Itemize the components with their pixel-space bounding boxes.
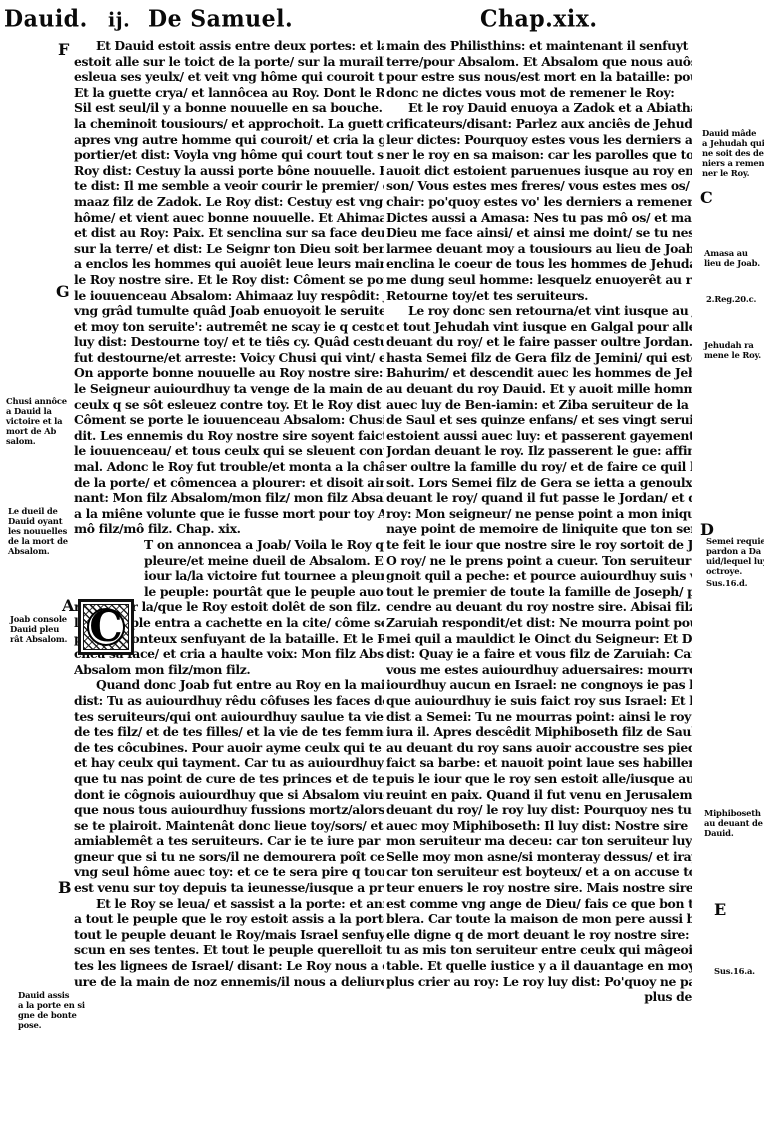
text-line: sur la terre/ et dist: Le Seignr ton Die…: [74, 241, 384, 257]
text-line: O roy/ ne le prens point a cueur. Ton se…: [386, 553, 692, 569]
text-line: au deuant du roy Dauid. Et y auoit mille…: [386, 381, 692, 397]
text-line: dont ie côgnois auiourdhuy que si Absalo…: [74, 787, 384, 803]
text-line: pleure/et meine dueil de Absalom. En ce: [74, 553, 384, 569]
text-line: de tes filz/ et de tes filles/ et la vie…: [74, 724, 384, 740]
text-line: pour estre sus nous/est mort en la batai…: [386, 69, 692, 85]
text-line: et hay ceulx qui tayment. Car tu as auio…: [74, 755, 384, 771]
section-letter-g: G: [56, 282, 70, 301]
running-head-left: Dauid.: [4, 5, 88, 32]
text-line: dist a Semei: Tu ne mourras point: ainsi…: [386, 709, 692, 725]
text-line: leur dictes: Pourquoy estes vous les der…: [386, 132, 692, 148]
text-line: Et le Roy se leua/ et sassist a la porte…: [74, 896, 384, 912]
text-line: Et Dauid estoit assis entre deux portes:…: [74, 38, 384, 54]
text-line: vng grâd tumulte quâd Joab enuoyoit le s…: [74, 303, 384, 319]
text-line: iourdhuy aucun en Israel: ne congnoys ie…: [386, 677, 692, 693]
text-line: Absalom mon filz/mon filz.: [74, 662, 384, 678]
text-line: auoit dict estoient paruenues iusque au …: [386, 163, 692, 179]
text-line: au deuant du roy sans auoir accoustre se…: [386, 740, 692, 756]
text-line: dist: Tu as auiourdhuy rêdu côfuses les …: [74, 693, 384, 709]
text-line: a enclos les hommes qui auoiêt leue leur…: [74, 256, 384, 272]
text-line: le Seigneur auiourdhuy ta venge de la ma…: [74, 381, 384, 397]
text-line: Jordan deuant le roy. Ilz passerent le g…: [386, 443, 692, 459]
text-line: dist: Quay ie a faire et vous filz de Za…: [386, 646, 692, 662]
text-line: et dist au Roy: Paix. Et senclina sur sa…: [74, 225, 384, 241]
text-line: Retourne toy/et tes seruiteurs.: [386, 288, 692, 304]
text-line: plus crier au roy: Le roy luy dist: Po'q…: [386, 974, 692, 990]
text-line: a la miêne volunte que ie fusse mort pou…: [74, 506, 384, 522]
text-line: faict sa barbe: et nauoit point laue ses…: [386, 755, 692, 771]
chapter-heading: Chap.xix.: [480, 5, 598, 32]
text-line: portier/et dist: Voyla vng hôme qui cour…: [74, 147, 384, 163]
initial-ornament-border: C: [83, 604, 129, 650]
text-line: blera. Car toute la maison de mon pere a…: [386, 911, 692, 927]
text-line: est comme vng ange de Dieu/ fais ce que …: [386, 896, 692, 912]
text-line: te feit le iour que nostre sire le roy s…: [386, 537, 692, 553]
margin-note-amasa: Amasa au lieu de Joab.: [704, 248, 760, 268]
text-line: fut destourne/et arreste: Voicy Chusi qu…: [74, 350, 384, 366]
text-line: ner le roy en sa maison: car les parolle…: [386, 147, 692, 163]
text-line: et tout Jehudah vint iusque en Galgal po…: [386, 319, 692, 335]
text-line: apres vng autre homme qui couroit/ et cr…: [74, 132, 384, 148]
text-line: Et le roy Dauid enuoya a Zadok et a Abia…: [386, 100, 692, 116]
text-line: de tes côcubines. Pour auoir ayme ceulx …: [74, 740, 384, 756]
text-line: reuint en paix. Quand il fut venu en Jer…: [386, 787, 692, 803]
text-line: que nous tous auiourdhuy fussions mortz/…: [74, 802, 384, 818]
text-line: est venu sur toy depuis ta ieunesse/iusq…: [74, 880, 384, 896]
catchword: plus de: [386, 989, 692, 1005]
ornamented-initial-icon: C: [78, 599, 134, 655]
text-line: donc ne dictes vous mot de remener le Ro…: [386, 85, 692, 101]
section-letter-f: F: [58, 40, 69, 59]
text-line: Bahurim/ et descendit auec les hommes de…: [386, 365, 692, 381]
text-line: iura il. Apres descêdit Miphiboseth filz…: [386, 724, 692, 740]
margin-note-joab: Joab console Dauid pleu rât Absalom.: [10, 614, 67, 644]
margin-note-mande: Dauid mâde a Jehudah qui ne soit des der…: [702, 128, 764, 178]
text-line: le iouuenceau/ et tous ceulx qui se sleu…: [74, 443, 384, 459]
text-line: hasta Semei filz de Gera filz de Jemini/…: [386, 350, 692, 366]
text-line: puis le iour que le roy sen estoit alle/…: [386, 771, 692, 787]
margin-note-sus16a: Sus.16.a.: [714, 966, 755, 976]
running-head: Dauid. ij. De Samuel. Chap.xix.: [0, 2, 764, 38]
text-line: de la porte/ et cômencea a plourer: et d…: [74, 475, 384, 491]
text-line: gnoit quil a peche: et pource auiourdhuy…: [386, 568, 692, 584]
text-line: ure de la main de noz ennemis/il nous a …: [74, 974, 384, 990]
text-line: vous me estes auiourdhuy aduersaires: mo…: [386, 662, 692, 678]
text-line: me dung seul homme: lesquelz enuoyerêt a…: [386, 272, 692, 288]
text-line: Dieu me face ainsi/ et ainsi me doint/ s…: [386, 225, 692, 241]
text-line: cendre au deuant du roy nostre sire. Abi…: [386, 599, 692, 615]
text-line: ser oultre la famille du roy/ et de fair…: [386, 459, 692, 475]
text-line: mon seruiteur ma deceu: car ton seruiteu…: [386, 833, 692, 849]
text-line: crificateurs/disant: Parlez aux anciês d…: [386, 116, 692, 132]
text-line: deuant du roy/ le roy luy dist: Pourquoy…: [386, 802, 692, 818]
text-line: enclina le coeur de tous les hommes de J…: [386, 256, 692, 272]
text-line: chair: po'quoy estes vo' les derniers a …: [386, 194, 692, 210]
text-line: tout le peuple deuant le Roy/mais Israel…: [74, 927, 384, 943]
text-line: Dictes aussi a Amasa: Nes tu pas mô os/ …: [386, 210, 692, 226]
text-line: Roy dist: Cestuy la aussi porte bône nou…: [74, 163, 384, 179]
text-line: hôme/ et vient auec bonne nouuelle. Et A…: [74, 210, 384, 226]
text-line: larmee deuant moy a tousiours au lieu de…: [386, 241, 692, 257]
margin-note-reg: 2.Reg.20.c.: [706, 294, 756, 304]
text-line: deuant du roy/ et le faire passer oultre…: [386, 334, 692, 350]
text-line: amiablemêt a tes seruiteurs. Car ie te i…: [74, 833, 384, 849]
text-line: nant: Mon filz Absalom/mon filz/ mon fil…: [74, 490, 384, 506]
text-line: Quand donc Joab fut entre au Roy en la m…: [74, 677, 384, 693]
text-line: mal. Adonc le Roy fut trouble/et monta a…: [74, 459, 384, 475]
text-line: te dist: Il me semble a veoir courir le …: [74, 178, 384, 194]
margin-note-sus16d: Sus.16.d.: [706, 578, 747, 588]
text-line: mei quil a mauldict le Oinct du Seigneur…: [386, 631, 692, 647]
text-line: estoit alle sur le toict de la porte/ su…: [74, 54, 384, 70]
text-line: Le roy donc sen retourna/et vint iusque …: [386, 303, 692, 319]
text-line: Selle moy mon asne/si monteray dessus/ e…: [386, 849, 692, 865]
right-text-column: main des Philisthins: et maintenant il s…: [386, 38, 692, 1005]
margin-note-miphiboseth: Miphiboseth au deuant de Dauid.: [704, 808, 763, 838]
text-line: car ton seruiteur est boyteux/ et a on a…: [386, 864, 692, 880]
text-line: auec luy de Ben-iamin: et Ziba seruiteur…: [386, 397, 692, 413]
text-line: la cheminoit tousiours/ et approchoit. L…: [74, 116, 384, 132]
text-line: tu as mis ton seruiteur entre ceulx qui …: [386, 942, 692, 958]
text-line: esleua ses yeulx/ et veit vng hôme qui c…: [74, 69, 384, 85]
text-line: roy: Mon seigneur/ ne pense point a mon …: [386, 506, 692, 522]
text-line: se te plairoit. Maintenât donc lieue toy…: [74, 818, 384, 834]
margin-note-jehudah: Jehudah ra mene le Roy.: [704, 340, 761, 360]
initial-letter: C: [87, 608, 125, 646]
text-line: ceulx q se sôt esleuez contre toy. Et le…: [74, 397, 384, 413]
text-line: auec moy Miphiboseth: Il luy dist: Nostr…: [386, 818, 692, 834]
section-letter-a: A: [62, 596, 74, 615]
margin-note-semei: Semei requiert pardon a Da uid/lequel lu…: [706, 536, 764, 576]
text-line: vng seul hôme auec toy: et ce te sera pi…: [74, 864, 384, 880]
text-line: scun en ses tentes. Et tout le peuple qu…: [74, 942, 384, 958]
text-line: de Saul et ses quinze enfans/ et ses vin…: [386, 412, 692, 428]
text-line: iour la/la victoire fut tournee a pleur …: [74, 568, 384, 584]
book-number: ij.: [108, 8, 130, 31]
text-line: Et la guette crya/ et lannôcea au Roy. D…: [74, 85, 384, 101]
text-line: soit. Lors Semei filz de Gera se ietta a…: [386, 475, 692, 491]
text-line: T on annoncea a Joab/ Voila le Roy qui: [74, 537, 384, 553]
left-text-column: Et Dauid estoit assis entre deux portes:…: [74, 38, 384, 989]
text-line: teur enuers le roy nostre sire. Mais nos…: [386, 880, 692, 896]
text-line: le peuple: pourtât que le peuple auoit o…: [74, 584, 384, 600]
text-line: le iouuenceau Absalom: Ahimaaz luy respô…: [74, 288, 384, 304]
text-line: son/ Vous estes mes freres/ vous estes m…: [386, 178, 692, 194]
text-line: que auiourdhuy ie suis faict roy sus Isr…: [386, 693, 692, 709]
text-line: que tu nas point de cure de tes princes …: [74, 771, 384, 787]
margin-note-chusi: Chusi annôce a Dauid la victoire et la m…: [6, 396, 67, 446]
text-line: luy dist: Destourne toy/ et te tiês cy. …: [74, 334, 384, 350]
section-letter-b: B: [58, 878, 72, 897]
chapter-break-line: mô filz/mô filz. Chap. xix.: [74, 521, 384, 537]
text-line: estoient aussi auec luy: et passerent ga…: [386, 428, 692, 444]
text-line: On apporte bonne nouuelle au Roy nostre …: [74, 365, 384, 381]
text-line: terre/pour Absalom. Et Absalom que nous …: [386, 54, 692, 70]
text-line: tout le premier de toute la famille de J…: [386, 584, 692, 600]
text-line: table. Et quelle iustice y a il dauantag…: [386, 958, 692, 974]
text-line: tes seruiteurs/qui ont auiourdhuy saulue…: [74, 709, 384, 725]
text-line: a tout le peuple que le roy estoit assis…: [74, 911, 384, 927]
text-line: naye point de memoire de liniquite que t…: [386, 521, 692, 537]
book-title: De Samuel.: [148, 5, 293, 32]
text-line: et moy ton seruite': autremêt ne scay ie…: [74, 319, 384, 335]
section-letter-c: C: [700, 188, 713, 207]
text-line: maaz filz de Zadok. Le Roy dist: Cestuy …: [74, 194, 384, 210]
text-line: Sil est seul/il y a bonne nouuelle en sa…: [74, 100, 384, 116]
text-line: Zaruiah respondit/et dist: Ne mourra poi…: [386, 615, 692, 631]
text-line: Côment se porte le iouuenceau Absalom: C…: [74, 412, 384, 428]
text-line: tes les lignees de Israel/ disant: Le Ro…: [74, 958, 384, 974]
section-letter-e: E: [714, 900, 726, 919]
text-line: gneur que si tu ne sors/il ne demourera …: [74, 849, 384, 865]
text-line: elle digne q de mort deuant le roy nostr…: [386, 927, 692, 943]
text-line: le Roy nostre sire. Et le Roy dist: Côme…: [74, 272, 384, 288]
text-line: dit. Les ennemis du Roy nostre sire soye…: [74, 428, 384, 444]
margin-note-assis: Dauid assis a la porte en si gne de bont…: [18, 990, 85, 1030]
text-line: main des Philisthins: et maintenant il s…: [386, 38, 692, 54]
margin-note-dueil: Le dueil de Dauid oyant les nouuelles de…: [8, 506, 68, 556]
text-line: deuant le roy/ quand il fut passe le Jor…: [386, 490, 692, 506]
